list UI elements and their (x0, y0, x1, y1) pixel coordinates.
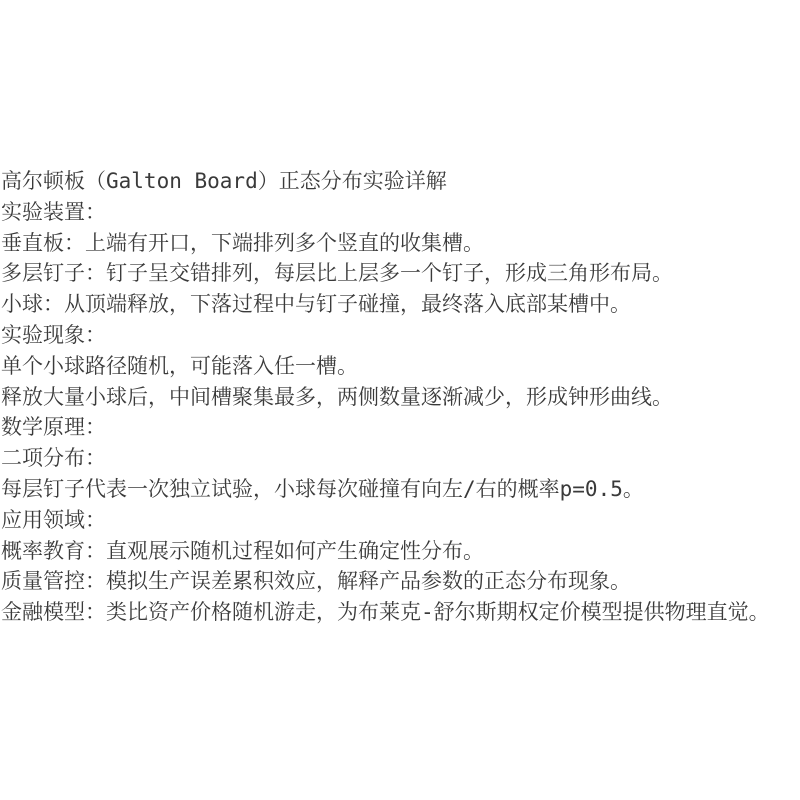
text-line: 释放大量小球后，中间槽聚集最多，两侧数量逐渐减少，形成钟形曲线。 (1, 382, 800, 413)
text-line: 多层钉子：钉子呈交错排列，每层比上层多一个钉子，形成三角形布局。 (1, 258, 800, 289)
text-line: 实验现象： (1, 320, 800, 351)
text-line: 实验装置： (1, 197, 800, 228)
text-line: 数学原理： (1, 412, 800, 443)
text-line: 金融模型：类比资产价格随机游走，为布莱克-舒尔斯期权定价模型提供物理直觉。 (1, 597, 800, 628)
text-line: 垂直板：上端有开口，下端排列多个竖直的收集槽。 (1, 228, 800, 259)
text-line: 单个小球路径随机，可能落入任一槽。 (1, 351, 800, 382)
text-line: 应用领域： (1, 505, 800, 536)
document-title: 高尔顿板（Galton Board）正态分布实验详解 (1, 166, 800, 197)
document-body: 高尔顿板（Galton Board）正态分布实验详解 实验装置： 垂直板：上端有… (1, 166, 800, 628)
text-line: 概率教育：直观展示随机过程如何产生确定性分布。 (1, 536, 800, 567)
text-line: 每层钉子代表一次独立试验，小球每次碰撞有向左/右的概率p=0.5。 (1, 474, 800, 505)
text-line: 二项分布： (1, 443, 800, 474)
text-line: 质量管控：模拟生产误差累积效应，解释产品参数的正态分布现象。 (1, 566, 800, 597)
text-line: 小球：从顶端释放，下落过程中与钉子碰撞，最终落入底部某槽中。 (1, 289, 800, 320)
